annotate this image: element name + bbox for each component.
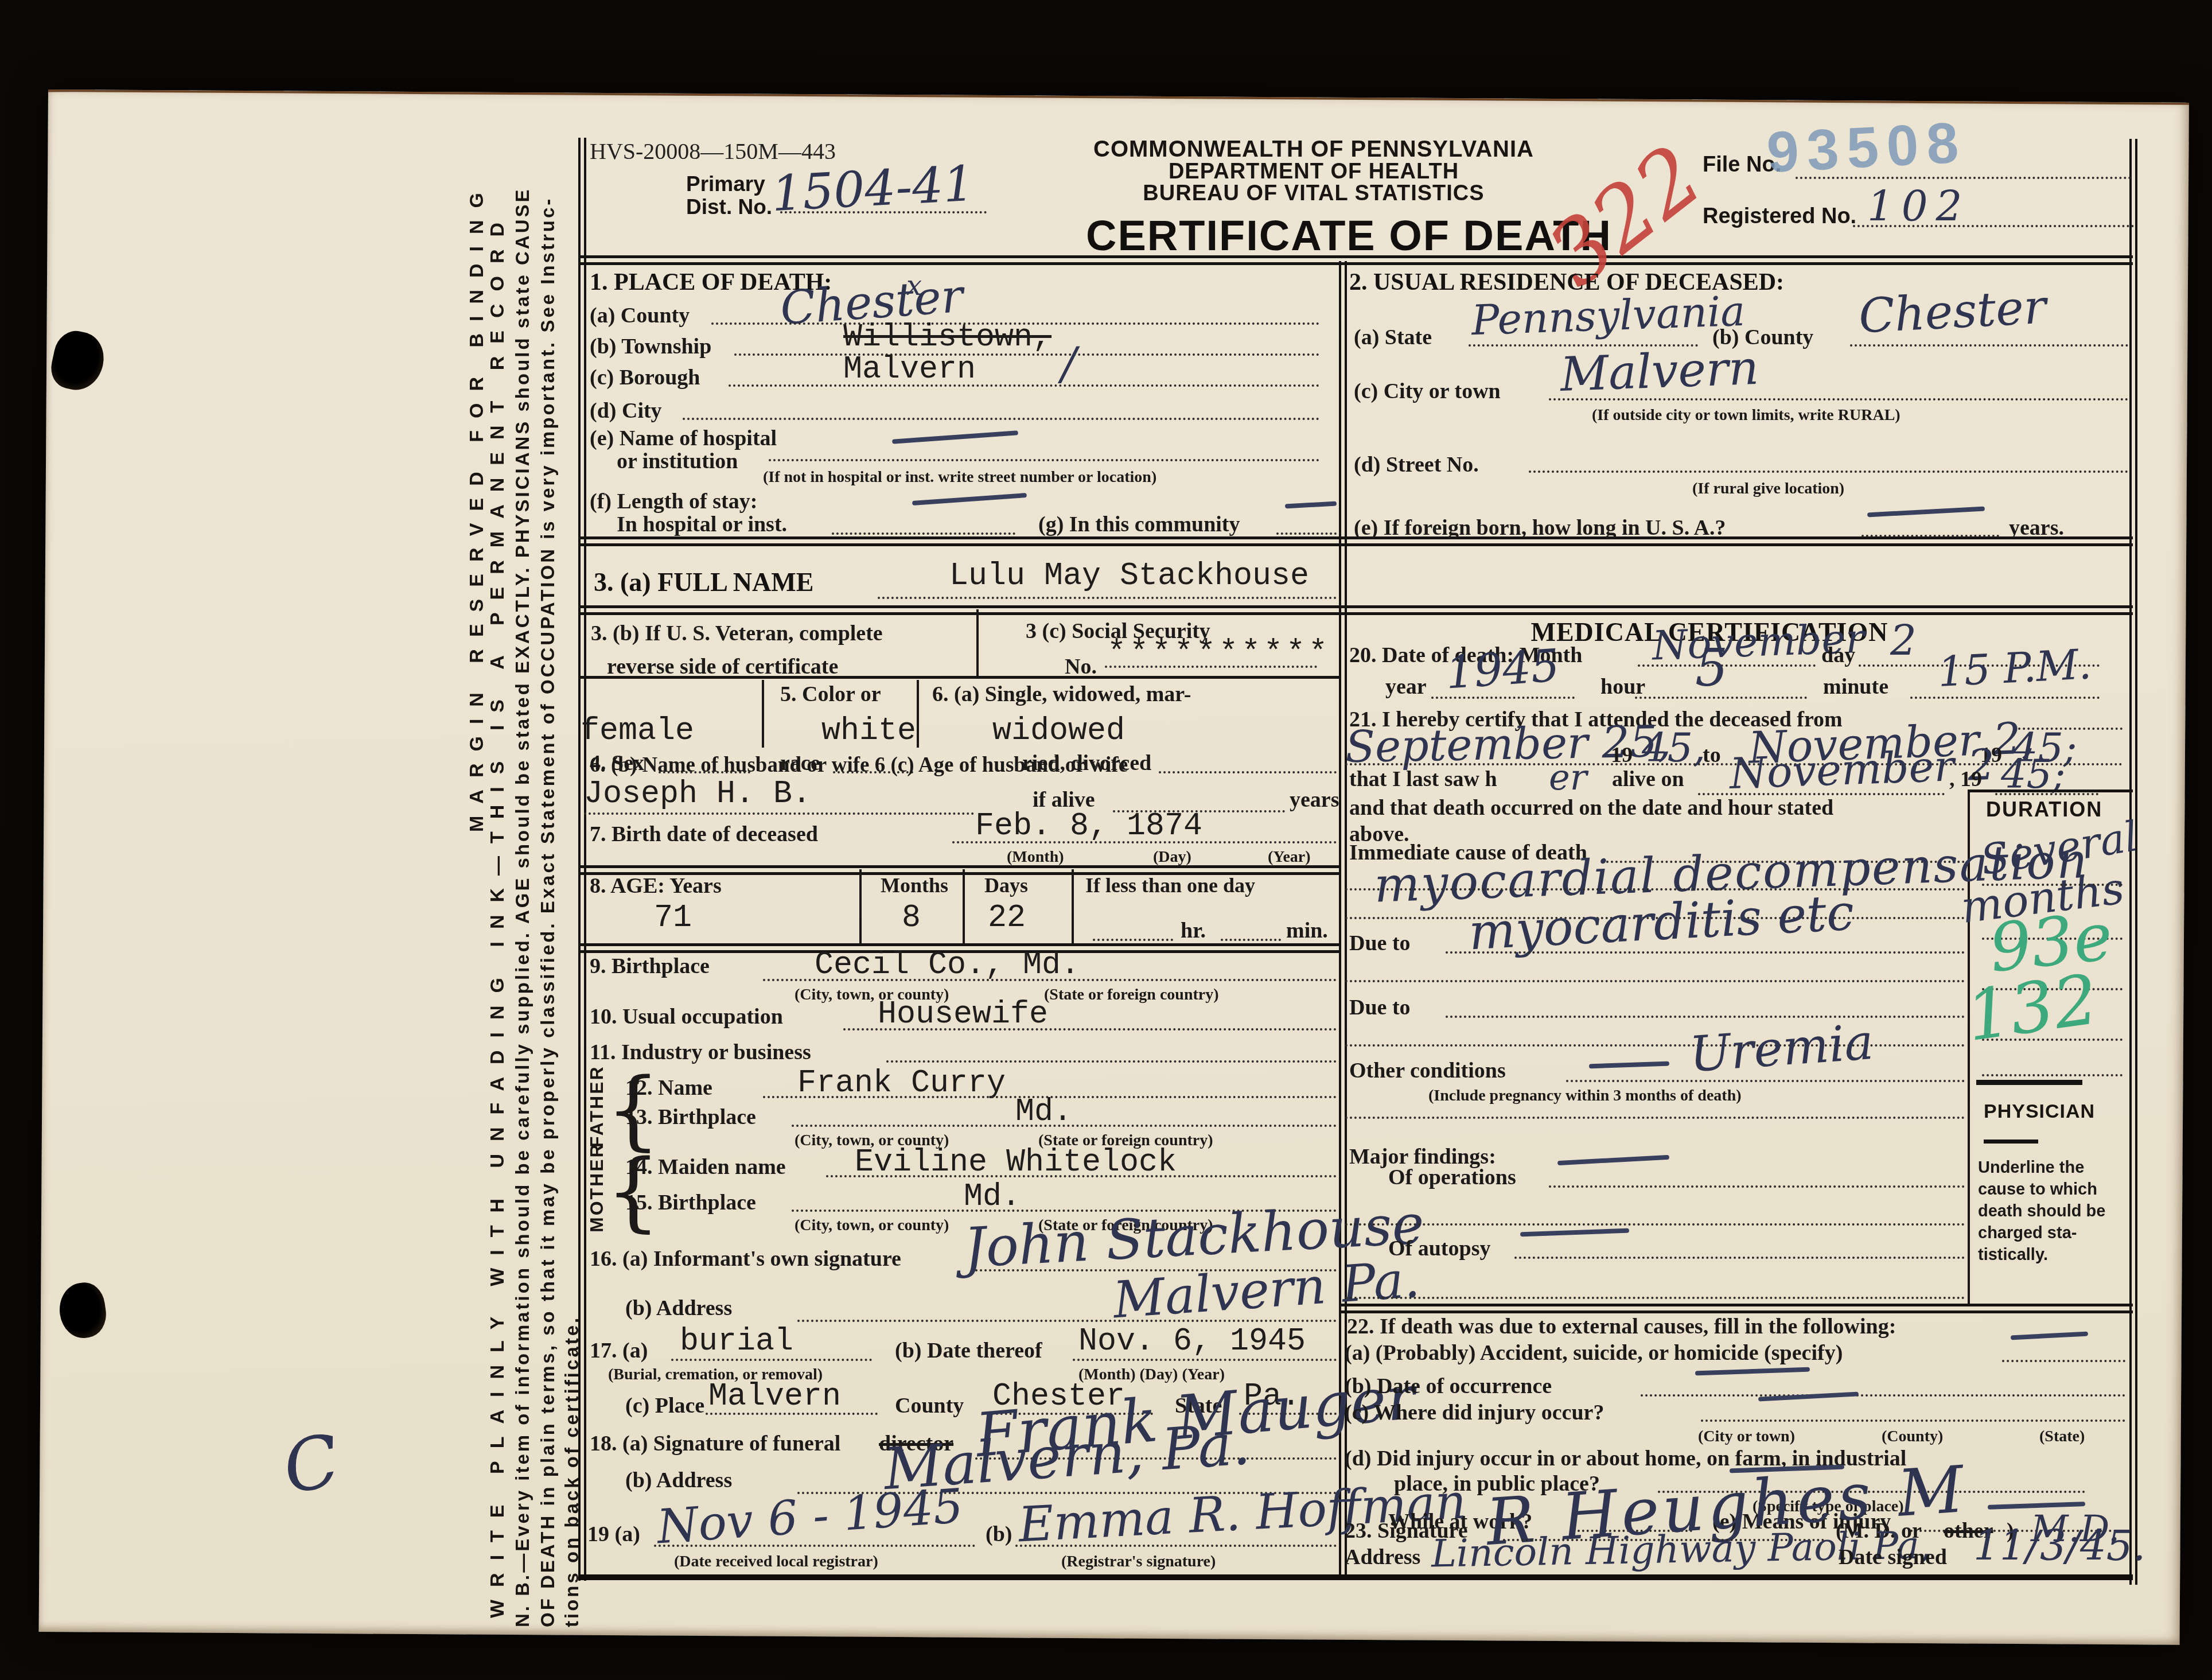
s3-veteran-label-1: 3. (b) If U. S. Veteran, complete [591,621,883,646]
s12-name-label: 12. Name [625,1075,712,1100]
agency-line-2: DEPARTMENT OF HEALTH [1090,160,1537,184]
s22b-dots [1641,1394,2125,1397]
s21-her: er [1549,756,1587,798]
s2-city-label: (c) City or town [1354,379,1501,404]
agency-line-1: COMMONWEALTH OF PENNSYLVANIA [1090,137,1537,162]
s6c-years: years [1290,787,1339,812]
s1-city-line [683,418,1319,420]
s7-cap-year: (Year) [1268,848,1311,866]
s17c-place-label: (c) Place [625,1393,704,1418]
s8-min-label: min. [1286,918,1328,943]
due2-label: Due to [1349,995,1411,1020]
primary-dist-label-1: Primary [686,172,765,196]
scanned-death-certificate: MARGIN RESERVED FOR BINDING WRITE PLAINL… [0,0,2212,1680]
s2-state-label: (a) State [1354,325,1432,350]
s17c-place-line [706,1413,878,1415]
s6a-status-line [1159,771,1337,773]
s1-hospital-label-2: or institution [617,449,738,474]
s3-fullname-line [878,597,1337,599]
s10-occupation-label: 10. Usual occupation [590,1004,783,1029]
other-conditions-label: Other conditions [1349,1058,1506,1083]
s17a-line [671,1359,872,1361]
operations-label: Of operations [1388,1165,1516,1190]
s18a-label: 18. (a) Signature of funeral [590,1431,840,1456]
primary-dist-label-2: Dist. No. [686,195,772,219]
autopsy-label: Of autopsy [1388,1236,1490,1261]
s17a-label: 17. (a) [590,1338,648,1363]
s19a-caption: (Date received local registrar) [674,1553,878,1571]
s21-line3-dots2 [1995,793,2098,795]
rule-row-findings-bottom [1339,1304,2133,1313]
s2-city-caption: (If outside city or town limits, write R… [1592,406,1901,425]
s14-line [826,1175,1337,1177]
s1-borough-value: Malvern [843,351,976,387]
s22c-dots [1701,1420,2125,1422]
s16a-informant-label: 16. (a) Informant's own signature [590,1246,901,1271]
physician-note: Underline the cause to which death shoul… [1978,1157,2116,1266]
due1-label: Due to [1349,931,1411,956]
s1-borough-label: (c) Borough [590,365,700,390]
s9-birthplace-value: Cecil Co., Md. [815,947,1080,983]
s8-years-value: 71 [654,900,692,936]
s13-line [792,1125,1337,1127]
s3-ssn-line [1105,666,1317,668]
s19b-line [1015,1545,1337,1547]
s20-hour-value: 5 [1695,638,1728,698]
s15-cap1: (City, town, or county) [795,1216,949,1235]
s2-city-line [1549,398,2128,400]
s23-date-label: Date signed [1839,1545,1947,1570]
s20-hour-line [1635,697,1807,699]
s2-foreign-label: (e) If foreign born, how long in U. S. A… [1354,515,1726,540]
s2-street-line [1529,470,2128,473]
margin-note-permanent-record: WRITE PLAINLY WITH UNFADING INK—THIS IS … [486,210,509,1618]
form-border-left [578,138,586,1581]
s17c-place-value: Malvern [708,1378,841,1414]
s2-street-caption: (If rural give location) [1692,480,1844,498]
s15-birthplace-label: 15. Birthplace [625,1190,756,1215]
s8-hr-label: hr. [1181,918,1206,943]
s1-hospital-label-1: (e) Name of hospital [590,426,777,451]
s2-county-value: Chester [1857,280,2047,344]
s13-birthplace-label: 13. Birthplace [625,1105,756,1130]
s2-state-value: Pennsylvania [1471,287,1746,345]
s456-divider-1 [762,680,764,748]
s1-borough-mark: / [1061,339,1076,390]
s17b-label: (b) Date thereof [895,1338,1042,1363]
registered-no-label: Registered No. [1703,204,1856,229]
certificate-title: CERTIFICATE OF DEATH [1086,211,1612,260]
s22a-dots [2002,1360,2125,1362]
duration-line-5 [1982,1074,2123,1076]
s2-city-value: Malvern [1559,341,1759,402]
due1-dots [1446,951,1965,954]
s1-hospital-caption: (If not in hospital or inst. write stree… [763,468,1156,487]
s22-cap-city: (City or town) [1698,1428,1795,1446]
s18b-address-label: (b) Address [625,1468,732,1493]
s6bc-label: 6. (b) Name of husband or wife 6 (c) Age… [590,753,1128,777]
s8-days-value: 22 [988,900,1026,936]
s20-day-label: day [1821,643,1855,668]
s10-line [843,1028,1337,1030]
s19b-label: (b) [986,1522,1012,1547]
s8-less-label: If less than one day [1085,873,1255,897]
s20-year-value: 1945 [1444,640,1561,699]
s17a-value: burial [680,1323,793,1359]
s7-birthdate-line [952,841,1337,843]
s1-stay-line [832,532,1015,535]
s5-color-label-1: 5. Color or [780,682,881,707]
s21-line3a: that I last saw h [1349,767,1497,792]
s1-township-value: Willistown, [843,319,1052,355]
s6b-husband-line [584,812,974,815]
s3-ssn-label-2: No. [1065,654,1097,679]
s5-color-value: white [821,713,916,749]
form-border-right [2129,139,2137,1585]
s7-birthdate-value: Feb. 8, 1874 [975,808,1202,844]
s20-year-label: year [1385,674,1427,699]
autopsy-dots [1514,1257,1965,1259]
s2-foreign-line [1861,535,1999,537]
s8-divider-1 [859,869,862,944]
duration-label: DURATION [1986,798,2102,822]
s1-community-label: (g) In this community [1038,512,1240,537]
form-number: HVS-20008—150M—443 [590,138,836,165]
s17c-county-label: County [895,1393,964,1418]
s10-occupation-value: Housewife [878,996,1048,1032]
s22a-label: (a) (Probably) Accident, suicide, or hom… [1345,1340,1843,1366]
s2-foreign-suffix: years. [2009,515,2064,540]
s1-township-line [734,353,1319,356]
s22b-label: (b) Date of occurrence [1345,1374,1552,1399]
s8-divider-3 [1072,869,1074,944]
s20-day-value: 2 [1890,617,1917,665]
duration-top-rule [1968,790,2133,792]
cause-line-1 [1345,888,1965,890]
s20-hour-label: hour [1600,674,1645,699]
rule-form-bottom [578,1574,2133,1580]
s23-address-label: Address [1345,1545,1420,1570]
s6b-husband-value: Joseph H. B. [584,776,811,812]
s17b-value: Nov. 6, 1945 [1078,1323,1306,1359]
s3-veteran-label-2: reverse side of certificate [607,654,838,679]
s456-divider-2 [917,680,919,748]
s2-county-line [1850,344,2128,347]
s22-cap-state: (State) [2039,1428,2085,1446]
s16b-line [797,1320,1337,1322]
operations-dots [1549,1185,1965,1188]
s8-months-label: Months [881,873,948,897]
s19a-line [654,1545,975,1547]
other-conditions-caption: (Include pregnancy within 3 months of de… [1428,1087,1742,1105]
s16b-address-label: (b) Address [625,1296,732,1321]
s8-min-line [1221,939,1281,941]
file-no-line [1796,177,2131,179]
s9-birthplace-label: 9. Birthplace [590,954,710,979]
s22-heading: 22. If death was due to external causes,… [1347,1314,1896,1339]
s8-hr-line [1093,939,1173,941]
mother-label: MOTHER [586,1142,607,1232]
other-conditions-dots [1566,1080,1965,1082]
s4-sex-value: female [581,713,694,749]
s20-year-line [1431,697,1575,699]
s14-maiden-label: 14. Maiden name [625,1154,786,1180]
rule-fullname-bottom [578,605,2133,615]
s1-stay-sub: In hospital or inst. [617,512,787,537]
s1-stay-label: (f) Length of stay: [590,489,757,514]
s1-city-label: (d) City [590,398,662,423]
duration-heavy-mark [1976,1080,2082,1085]
s2-street-label: (d) Street No. [1354,452,1479,477]
registered-no-line [1853,225,2134,227]
s1-county-label: (a) County [590,303,690,328]
s23-date-value: 11/3/45. [1973,1522,2145,1570]
s21-line3b: alive on [1612,767,1684,792]
s11-line [886,1060,1337,1063]
s17b-line [1073,1359,1337,1361]
registered-no-value: 102 [1867,182,1970,231]
s8-months-value: 8 [902,900,921,936]
father-label: FATHER [586,1065,607,1148]
margin-note-nb-line1: N. B.—Every item of information should b… [512,187,533,1627]
s22c-label: (c) Where did injury occur? [1345,1400,1604,1425]
s7-cap-day: (Day) [1153,848,1191,866]
s8-divider-2 [963,869,965,944]
s1-township-label: (b) Township [590,334,711,359]
s6a-status-label-1: 6. (a) Single, widowed, mar- [932,682,1191,707]
other-line2 [1345,1117,1965,1119]
s9-line [763,979,1337,981]
s21-19c: , 19 [1949,767,1982,792]
margin-note-binding: MARGIN RESERVED FOR BINDING [466,181,488,832]
s20-minute-value: 15 P.M. [1937,640,2093,696]
margin-note-nb-line2: OF DEATH in plain terms, so that it may … [537,197,559,1627]
s1-community-line [1276,532,1337,535]
s20-minute-line [1910,697,2100,699]
s1-hospital-line [769,459,1319,461]
findings-line2 [1345,1223,1965,1226]
s7-birthdate-label: 7. Birth date of deceased [590,822,818,847]
due2-dots [1446,1016,1965,1018]
s19-label: 19 (a) [587,1522,640,1547]
primary-dist-line [780,211,987,213]
s8-age-label: 8. AGE: Years [590,873,722,899]
s3-divider [976,609,979,676]
findings-line3 [1345,1297,1965,1299]
s6a-status-value: widowed [992,713,1125,749]
physician-label: PHYSICIAN [1984,1100,2095,1123]
s20-minute-label: minute [1823,674,1888,699]
s19b-caption: (Registrar's signature) [1061,1553,1216,1571]
s3-fullname-label: 3. (a) FULL NAME [594,567,813,597]
file-no-stamp: 93508 [1765,110,1968,186]
s3-fullname-value: Lulu May Stackhouse [949,558,1309,594]
s8-days-label: Days [984,873,1028,897]
s21-line4: and that death occurred on the date and … [1349,795,1833,820]
s22-cap-county: (County) [1882,1428,1943,1446]
s1-borough-line [729,384,1319,387]
s9-cap2: (State or foreign country) [1044,986,1219,1004]
s7-cap-month: (Month) [1007,848,1064,866]
agency-line-3: BUREAU OF VITAL STATISTICS [1090,181,1537,206]
physician-underline [1984,1140,2038,1144]
due1-line2 [1345,980,1965,982]
